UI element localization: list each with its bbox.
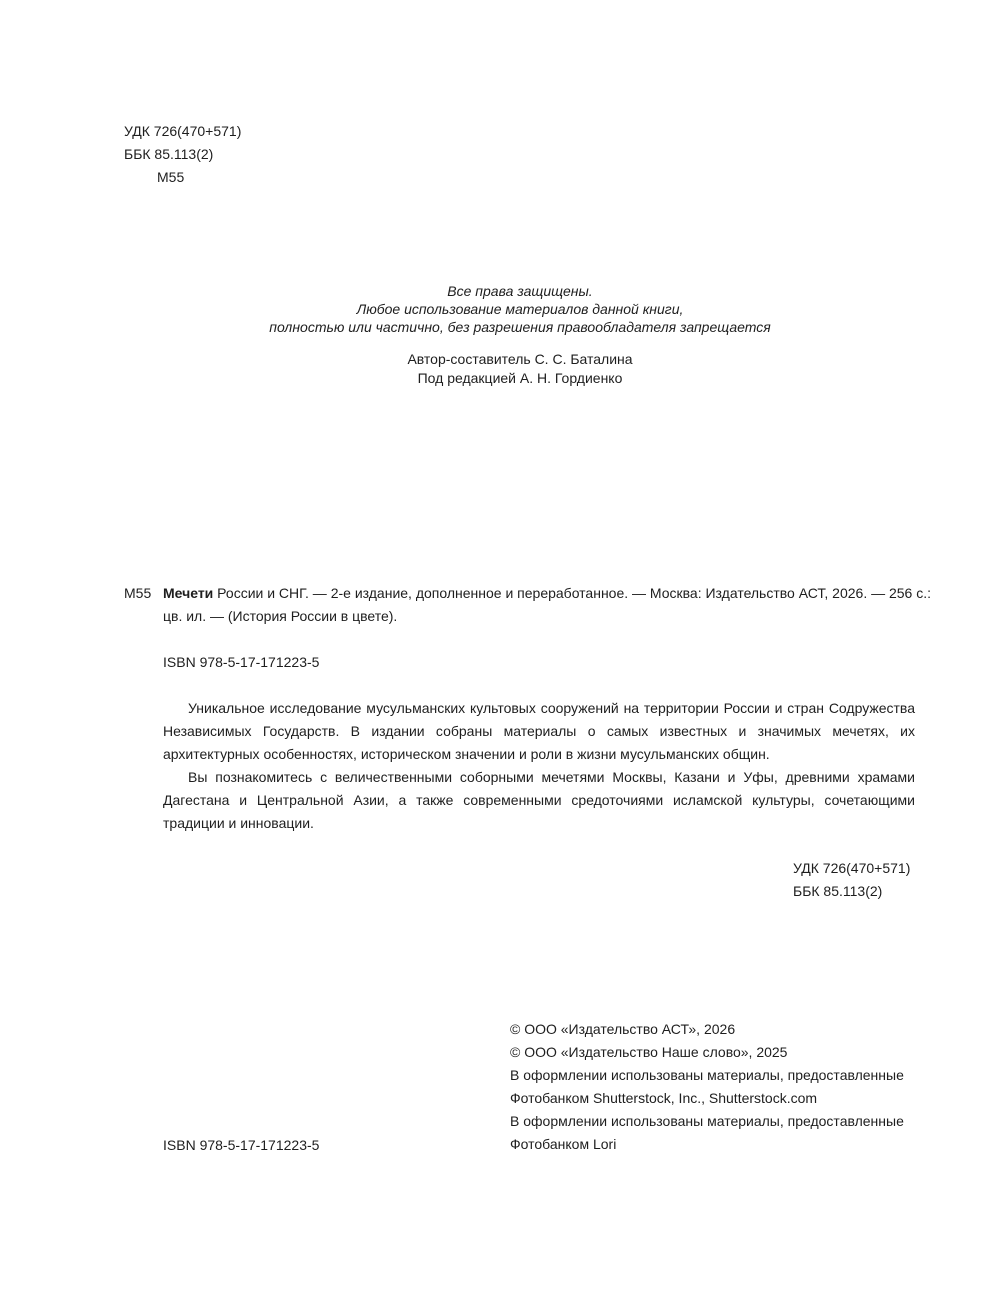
copyright-line: © ООО «Издательство Наше слово», 2025	[510, 1041, 915, 1064]
rights-line-2: Любое использование материалов данной кн…	[200, 300, 840, 318]
author-mark: М55	[124, 166, 241, 189]
copyright-line: Фотобанком Lori	[510, 1133, 915, 1156]
classification-bottom: УДК 726(470+571) ББК 85.113(2)	[793, 857, 910, 903]
bibliographic-record: Мечети России и СНГ. — 2-е издание, допо…	[163, 582, 915, 628]
book-title: Мечети	[163, 585, 213, 601]
bbk-code-bottom: ББК 85.113(2)	[793, 880, 910, 903]
credits: Автор-составитель С. С. Баталина Под ред…	[200, 350, 840, 388]
biblio-details: России и СНГ. — 2-е издание, дополненное…	[213, 585, 931, 601]
compiler-credit: Автор-составитель С. С. Баталина	[200, 350, 840, 369]
annotation-paragraph-2: Вы познакомитесь с величественными собор…	[163, 766, 915, 835]
copyright-block: © ООО «Издательство АСТ», 2026 © ООО «Из…	[510, 1018, 915, 1156]
isbn-record: ISBN 978-5-17-171223-5	[163, 652, 319, 672]
isbn-footer: ISBN 978-5-17-171223-5	[163, 1135, 319, 1155]
copyright-line: В оформлении использованы материалы, пре…	[510, 1064, 915, 1087]
rights-line-3: полностью или частично, без разрешения п…	[200, 318, 840, 336]
rights-line-1: Все права защищены.	[200, 282, 840, 300]
biblio-line-1: Мечети России и СНГ. — 2-е издание, допо…	[163, 582, 915, 605]
annotation-paragraph-1: Уникальное исследование мусульманских ку…	[163, 697, 915, 766]
copyright-line: © ООО «Издательство АСТ», 2026	[510, 1018, 915, 1041]
copyright-line: В оформлении использованы материалы, пре…	[510, 1110, 915, 1133]
copyright-line: Фотобанком Shutterstock, Inc., Shutterst…	[510, 1087, 915, 1110]
rights-notice: Все права защищены. Любое использование …	[200, 282, 840, 336]
editor-credit: Под редакцией А. Н. Гордиенко	[200, 369, 840, 388]
udk-code: УДК 726(470+571)	[124, 120, 241, 143]
classification-top: УДК 726(470+571) ББК 85.113(2) М55	[124, 120, 241, 189]
bbk-code: ББК 85.113(2)	[124, 143, 241, 166]
biblio-author-mark: М55	[124, 582, 151, 605]
biblio-line-2: цв. ил. — (История России в цвете).	[163, 605, 915, 628]
annotation: Уникальное исследование мусульманских ку…	[163, 697, 915, 835]
udk-code-bottom: УДК 726(470+571)	[793, 857, 910, 880]
